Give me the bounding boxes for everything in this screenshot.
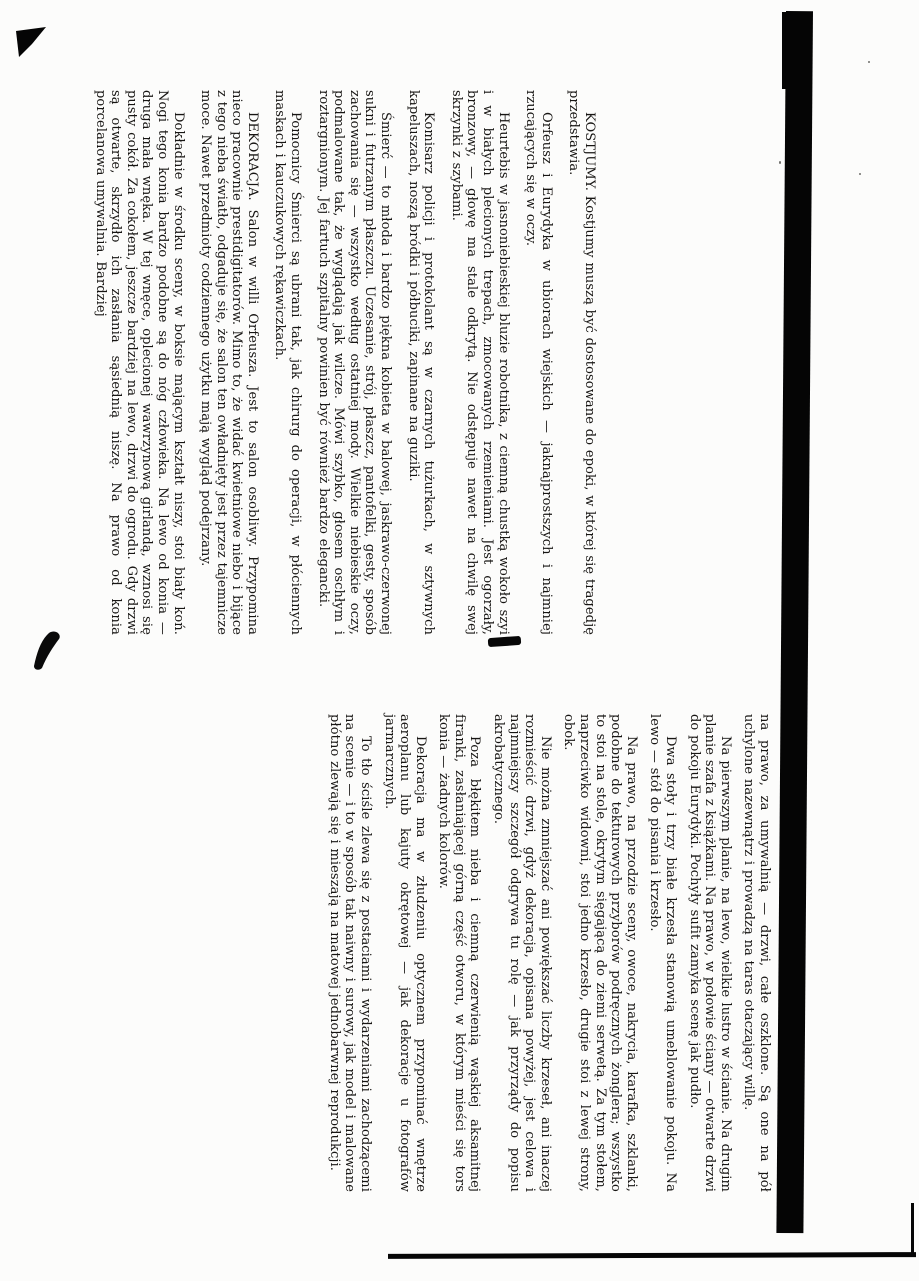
- page-two-text-block: na prawo, za umywalnią — drzwi, całe osz…: [318, 714, 772, 1192]
- paragraph: To tło ściśle zlewa się z postaciami i w…: [326, 714, 373, 1192]
- paragraph: Pomocnicy Śmierci są ubrani tak, jak chi…: [272, 90, 303, 635]
- scan-artifact-bottom-edge-line: [388, 1252, 916, 1259]
- paragraph: Dokładnie w środku sceny, w boksie mając…: [92, 90, 186, 635]
- paragraph: DEKORACJA. Salon w willi Orfeusza. Jest …: [198, 90, 260, 635]
- page-one-text-block: KOSTJUMY. Kostjumy muszą być dostosowane…: [80, 90, 597, 635]
- paragraph: Komisarz policji i protokolant są w czar…: [405, 90, 436, 635]
- scan-artifact-dust-speck: [779, 161, 781, 164]
- scan-artifact-spine-bar: [776, 11, 813, 1233]
- scan-artifact-ink-blob: [31, 630, 65, 674]
- paragraph: Na prawo, na przodzie sceny, owoce, nakr…: [561, 714, 639, 1192]
- paragraph: Nie można zmniejszać ani powiększać licz…: [491, 714, 553, 1192]
- paragraph: Heurtebis w jasnoniebieskiej bluzie robo…: [448, 90, 510, 635]
- scan-artifact-corner-mark: [15, 27, 49, 63]
- scanned-book-spread: KOSTJUMY. Kostjumy muszą być dostosowane…: [0, 0, 919, 1281]
- paragraph: Śmierć — to młoda i bardzo piękna kobiet…: [315, 90, 393, 635]
- scan-artifact-dust-speck: [859, 173, 861, 175]
- scan-artifact-gutter-dash: [488, 636, 522, 647]
- paragraph: Poza błękitem nieba i ciemną czerwienią …: [436, 714, 483, 1192]
- paragraph: Dekoracja ma w złudzeniu optycznem przyp…: [381, 714, 428, 1192]
- paragraph: Orfeusz i Eurydyka w ubiorach wiejskich …: [523, 90, 554, 635]
- scan-artifact-right-edge-tick: [911, 1203, 914, 1256]
- ink-blob-shape: [31, 630, 65, 670]
- paragraph: KOSTJUMY. Kostjumy muszą być dostosowane…: [566, 90, 597, 635]
- scan-artifact-dust-speck: [868, 61, 870, 63]
- paragraph: na prawo, za umywalnią — drzwi, całe osz…: [741, 714, 772, 1192]
- paragraph: Dwa stoły i trzy białe krzesła stanowią …: [647, 714, 678, 1192]
- corner-mark-shape: [15, 27, 49, 59]
- paragraph: Na pierwszym planie, na lewo, wielkie lu…: [686, 714, 733, 1192]
